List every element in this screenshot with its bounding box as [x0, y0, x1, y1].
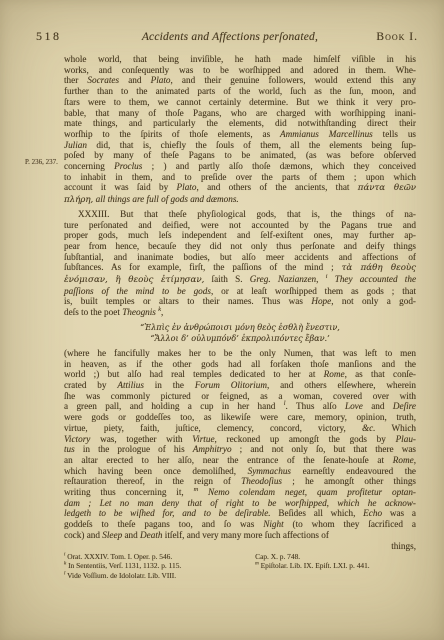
footnotes-left-column: i Orat. XXXIV. Tom. I. Oper. p. 546.k In…	[64, 552, 255, 580]
text-line: i Orat. XXXIV. Tom. I. Oper. p. 546.	[64, 552, 255, 561]
text-line: bable, that many of thoſe Pagans, who ar…	[64, 108, 416, 119]
text-line: things,	[64, 541, 416, 552]
text-line: reſtauration thereof, in the reign of Th…	[64, 476, 416, 487]
text-line: proper gods, much leſs independent and ſ…	[64, 230, 416, 241]
text-line: Victory was, together with Virtue, recko…	[64, 434, 416, 445]
text-line: dam ; Let no man deny that of right to b…	[64, 498, 416, 509]
text-line: in heaven, as if the other gods had all …	[64, 359, 416, 370]
text-line: (where he fancifully makes her to be the…	[64, 348, 416, 359]
text-line: deſs to the poet Theognis k,	[64, 307, 416, 318]
text-line: virtue, piety, faith, juſtice, clemency,…	[64, 423, 416, 434]
text-line: ſubſtances. As for example, firſt, the p…	[64, 262, 416, 274]
page-header: 518 Accidents and Affections perſonated,…	[36, 29, 418, 44]
text-line: poſed by many of theſe Pagans to be anim…	[64, 150, 416, 161]
text-line: worſhip to the ſpirits of thoſe elements…	[64, 129, 416, 140]
text-line: ther Socrates and Plato, and their genui…	[64, 75, 416, 86]
book-page-scan: 518 Accidents and Affections perſonated,…	[0, 0, 444, 640]
text-line: ſubſtantial, and inanimate bodies, but a…	[64, 252, 416, 263]
text-line: l Vide Voſſium. de Idololatr. Lib. VIII.	[64, 571, 255, 580]
text-line: m Epiſtolar. Lib. IX. Epiſt. LXI. p. 441…	[255, 561, 418, 570]
text-line: which having been once demoliſhed, Symma…	[64, 466, 416, 477]
text-line: cock) and Sleep and Death itſelf, and ve…	[64, 530, 416, 541]
text-line: crated by Attilius in the Forum Olitoriu…	[64, 380, 416, 391]
text-line: works, and conſequently was to be worſhi…	[64, 65, 416, 76]
text-line: k In Sententiis, Verſ. 1131, 1132. p. 11…	[64, 561, 255, 570]
text-line: to inhabit in them, and to preſide over …	[64, 172, 416, 183]
paragraph-hope-temples: (where he fancifully makes her to be the…	[64, 348, 416, 551]
paragraph-xxxiii: XXXIII. But that theſe phyſiological god…	[64, 209, 416, 318]
text-line: world ;) but alſo had real temples dedic…	[64, 369, 416, 380]
body-text: whole world, that being inviſible, he ha…	[64, 54, 416, 551]
text-line: were gods or goddeſſes too, as likewiſe …	[64, 412, 416, 423]
text-line: goddeſs to theſe pagans too, and ſo was …	[64, 519, 416, 530]
text-line: tus in the prologue of his Amphitryo ; a…	[64, 444, 416, 455]
margin-note: P. 236, 237.	[25, 158, 58, 166]
text-line: whole world, that being inviſible, he ha…	[64, 54, 416, 65]
text-line: paſſions of the mind to be gods, or at l…	[64, 286, 416, 297]
text-line: is, built temples or altars to their nam…	[64, 296, 416, 307]
text-line: ſtars were to them, we cannot certainly …	[64, 97, 416, 108]
page-number: 518	[36, 29, 62, 44]
paragraph-continuation: whole world, that being inviſible, he ha…	[64, 54, 416, 206]
text-line: Cap. X. p. 748.	[255, 552, 418, 561]
text-line: Julian did, that is, chiefly the ſouls o…	[64, 140, 416, 151]
text-line: ſhe was commonly pictured or feigned, as…	[64, 391, 416, 402]
text-line: account it was ſaid by Plato, and others…	[64, 182, 416, 194]
book-label: Book I.	[368, 31, 418, 43]
text-line: an altar erected to her alſo, near the e…	[64, 455, 416, 466]
footnotes-right-column: Cap. X. p. 748.m Epiſtolar. Lib. IX. Epi…	[255, 552, 418, 580]
text-line: a green pall, and holding a cup in her h…	[64, 401, 416, 412]
text-line: mate things, and particularly the elemen…	[64, 118, 416, 129]
text-line: pear from hence, becauſe they did not on…	[64, 241, 416, 252]
text-line: “Ἄλλοι δ’ οὐλυμπόνδ’ ἐκπρολιπόντες ἔβαν.…	[64, 333, 416, 344]
running-title: Accidents and Affections perſonated,	[62, 31, 369, 43]
footnotes: i Orat. XXXIV. Tom. I. Oper. p. 546.k In…	[64, 552, 418, 580]
text-line: concerning Proclus ; ) and partly alſo t…	[64, 161, 416, 172]
text-line: further than to the animated parts of th…	[64, 86, 416, 97]
text-line: writing thus concerning it, m Nemo colen…	[64, 487, 416, 498]
text-line: πλήρη, all things are full of gods and d…	[64, 194, 416, 206]
greek-verse-theognis: “Ἐλπὶς ἐν ἀνθρώποισι μόνη θεὸς ἐσθλὴ ἔνε…	[64, 322, 416, 344]
text-line: ἐνόμισαν, ἢ θεοὺς ἐτίμησαν, ſaith S. Gre…	[64, 274, 416, 286]
text-line: “Ἐλπὶς ἐν ἀνθρώποισι μόνη θεὸς ἐσθλὴ ἔνε…	[64, 322, 416, 333]
text-line: ture perſonated and deified, were not ac…	[64, 220, 416, 231]
text-line: ledgeth to be wiſhed for, and to be deſi…	[64, 508, 416, 519]
text-line: XXXIII. But that theſe phyſiological god…	[64, 209, 416, 220]
